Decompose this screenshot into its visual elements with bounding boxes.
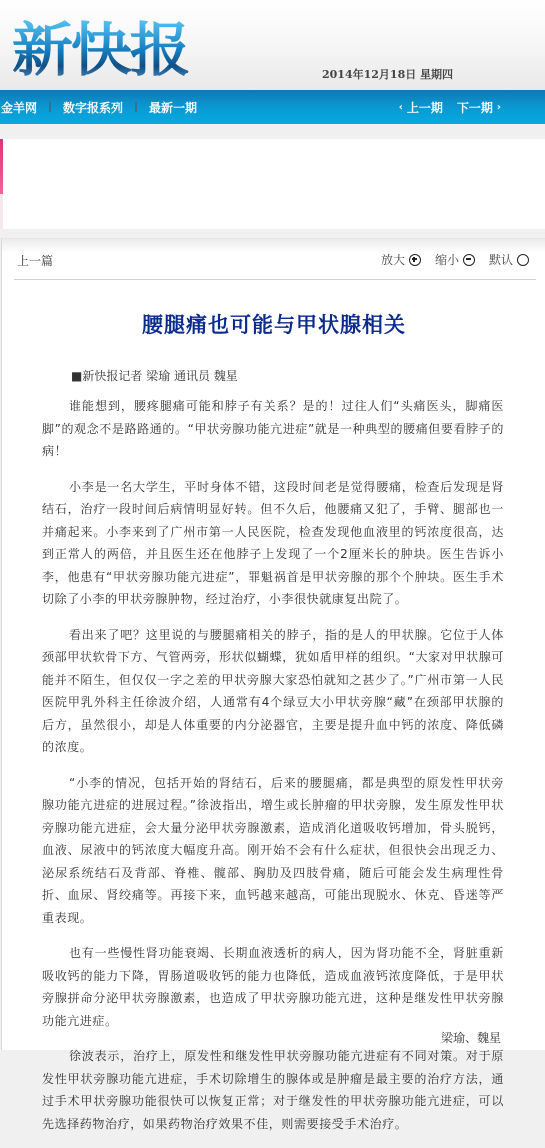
zoom-out-button[interactable]: 缩小: [435, 251, 475, 268]
masthead: 新快报 2014年12月18日 星期四: [0, 0, 545, 90]
minus-circle-icon: [463, 254, 475, 266]
banner-area: [0, 139, 545, 229]
zoom-out-label: 缩小: [435, 251, 459, 268]
nav-link-latest-issue[interactable]: 最新一期: [149, 99, 197, 116]
article-title: 腰腿痛也可能与甲状腺相关: [2, 309, 545, 339]
reset-label: 默认: [489, 251, 513, 268]
article-paragraph: 也有一些慢性肾功能衰竭、长期血液透析的病人，因为肾功能不全，肾脏重新吸收钙的能力…: [42, 942, 504, 1032]
plus-circle-icon: [409, 254, 421, 266]
toolbar-divider: [14, 279, 536, 280]
chevron-right-icon: ›: [497, 102, 501, 113]
article-paragraph: 徐波表示，治疗上，原发性和继发性甲状旁腺功能亢进症有不同对策。对于原发性甲状旁腺…: [42, 1045, 504, 1050]
article-paragraph: “小李的情况，包括开始的肾结石，后来的腰腿痛，都是典型的原发性甲状旁腺功能亢进症…: [42, 772, 504, 930]
article-panel: 上一篇 放大 缩小 默认 腰腿痛也可能与甲状腺相关 ■新快报记者 梁瑜 通讯员 …: [1, 238, 545, 1050]
nav-link-digital-series[interactable]: 数字报系列: [63, 99, 123, 116]
next-issue-link[interactable]: 下一期: [457, 99, 493, 116]
nav-bar: 金羊网 数字报系列 最新一期 ‹ 上一期 下一期 ›: [0, 90, 545, 124]
zoom-in-label: 放大: [381, 251, 405, 268]
article-paragraph: 小李是一名大学生，平时身体不错，这段时间老是觉得腰痛，检查后发现是肾结石，治疗一…: [42, 476, 504, 611]
article-body: 谁能想到，腰疼腿痛可能和脖子有关系？是的！过往人们“头痛医头，脚痛医脚”的观念不…: [42, 395, 504, 1050]
banner-ad-edge[interactable]: [0, 139, 3, 194]
nav-link-jinyang[interactable]: 金羊网: [1, 99, 37, 116]
article-paragraph: 看出来了吧？这里说的与腰腿痛相关的脖子，指的是人的甲状腺。它位于人体颈部甲状软骨…: [42, 624, 504, 759]
issue-navigation: ‹ 上一期 下一期 ›: [395, 90, 505, 124]
article-signature: 梁瑜、魏星: [441, 1029, 501, 1046]
nav-divider: [135, 102, 137, 112]
zoom-in-button[interactable]: 放大: [381, 251, 421, 268]
newspaper-logo: 新快报: [12, 18, 188, 82]
nav-links: 金羊网 数字报系列 最新一期: [0, 99, 197, 116]
circle-icon: [517, 254, 529, 266]
font-size-tools: 放大 缩小 默认: [367, 251, 529, 268]
reset-size-button[interactable]: 默认: [489, 251, 529, 268]
banner-ad-edge-lower: [0, 194, 3, 229]
chevron-left-icon: ‹: [399, 102, 403, 113]
prev-article-link[interactable]: 上一篇: [17, 252, 53, 269]
nav-divider: [49, 102, 51, 112]
prev-issue-link[interactable]: 上一期: [407, 99, 443, 116]
article-byline: ■新快报记者 梁瑜 通讯员 魏星: [71, 367, 238, 384]
issue-date: 2014年12月18日 星期四: [322, 66, 453, 82]
article-paragraph: 谁能想到，腰疼腿痛可能和脖子有关系？是的！过往人们“头痛医头，脚痛医脚”的观念不…: [42, 395, 504, 463]
